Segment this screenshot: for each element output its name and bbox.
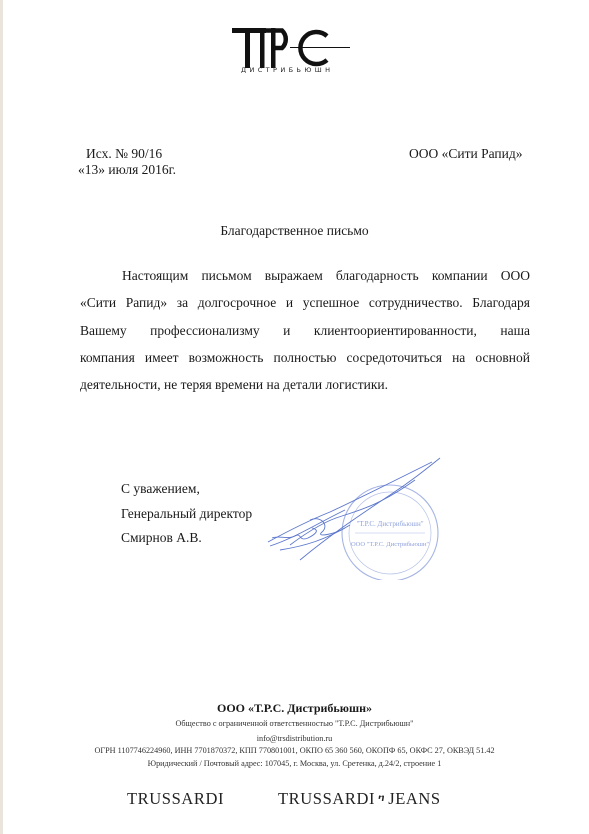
reference-number: Исх. № 90/16 [86,146,162,162]
svg-text:"Т.Р.С. Дистрибьюшн": "Т.Р.С. Дистрибьюшн" [356,520,423,528]
brand-suffix: JEANS [388,789,441,808]
letter-page: ДИСТРИБЬЮШН Исх. № 90/16 «13» июля 2016г… [0,0,589,834]
footer-company: ООО «Т.Р.С. Дистрибьюшн» [0,701,589,716]
body-line: «Сити Рапид» за долгосрочное и успешное … [80,289,530,316]
footer-registry: ОГРН 1107746224960, ИНН 7701870372, КПП … [0,746,589,755]
greyhound-mark-icon: ⴈ [378,793,385,804]
footer-email: info@trsdistribution.ru [0,734,589,743]
body-line: Настоящим письмом выражаем благодарность… [80,262,530,289]
signer-name: Смирнов А.В. [121,530,202,546]
recipient: ООО «Сити Рапид» [409,146,523,162]
body-line: Вашему профессионализму и клиентоориенти… [80,317,530,344]
brand-name: TRUSSARDI [278,789,375,808]
signer-position: Генеральный директор [121,506,252,522]
letter-body: Настоящим письмом выражаем благодарность… [80,262,530,398]
closing-regards: С уважением, [121,481,200,497]
letter-date: «13» июля 2016г. [78,162,176,178]
footer-full-name: Общество с ограниченной ответственностью… [0,719,589,728]
logo-subtitle: ДИСТРИБЬЮШН [241,66,333,74]
body-line: компания имеет возможность полностью сос… [80,344,530,371]
brand-trussardi: TRUSSARDI [127,789,224,809]
body-line: деятельности, не теряя времени на детали… [80,371,530,398]
letter-title: Благодарственное письмо [0,223,589,239]
signature-stamp-icon: "Т.Р.С. Дистрибьюшн" ООО "Т.Р.С. Дистриб… [250,450,450,580]
svg-text:ООО "Т.Р.С. Дистрибьюшн": ООО "Т.Р.С. Дистрибьюшн" [351,541,429,548]
footer-address: Юридический / Почтовый адрес: 107045, г.… [0,759,589,768]
brand-trussardi-jeans: TRUSSARDIⴈJEANS [278,789,441,809]
